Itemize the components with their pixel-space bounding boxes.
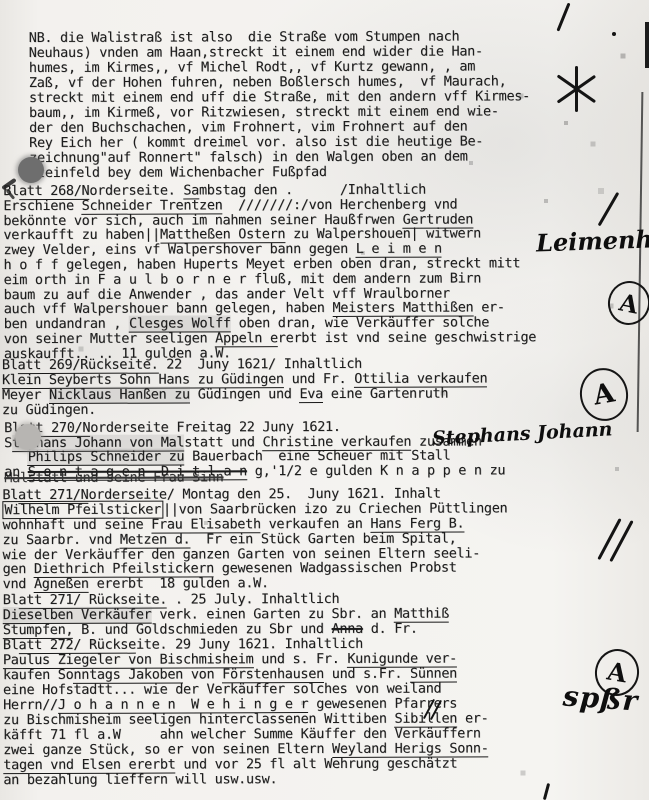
scan-edge-blot [645,22,649,68]
handwritten-leimenhof: Leimenhof [536,224,649,258]
typewritten-page: NB. die Walistraß ist also die Straße vo… [0,0,649,800]
text-line: zu Güdingen. [2,401,487,418]
text-line: Steinfeld bey dem Wichenbacher Fußpfad [29,164,530,181]
pen-dot [612,32,616,36]
text-line: Malstatt und seine Frau Sinn [4,469,505,485]
paragraph-blatt-271-rueck: Blatt 271/ Rückseite. . 25 July. Inhaltl… [3,592,449,639]
handwritten-spssr: spßr [562,679,639,717]
paragraph-blatt-268: Blatt 268/Norderseite. Sambstag den . /I… [3,182,536,361]
text-line: von seiner Mutter seeligen Appeln ererbt… [4,330,536,347]
paragraph-nb-note: NB. die Walistraß ist also die Straße vo… [29,29,531,181]
paragraph-blatt-271-norder: Blatt 271/Norderseite/ Montag den 25. Ju… [2,486,507,592]
hole-punch-light [15,424,41,450]
asterisk-mark-icon [556,66,596,112]
paragraph-blatt-272: Blatt 272/ Rückseite. 29 Juny 1621. Inha… [3,636,489,788]
scanned-document-page: NB. die Walistraß ist also die Straße vo… [0,0,649,800]
paragraph-blatt-269: Blatt 269/Rückseite. 22 Juny 1621/ Inhal… [2,356,488,418]
text-line: Meyer Nicklaus Hanßen zu Güdingen und Ev… [2,386,487,403]
text-line: an bezahlung lieffern will usw.usw. [3,771,488,788]
double-slash-mark-icon [424,698,446,724]
text-line: vnd Agneßen ererbt 18 gulden a.W. [3,576,508,593]
double-slash-mark-icon [600,516,640,566]
hole-punch-dark [18,157,44,183]
paragraph-blatt-270: Blatt 270/Norderseite Freitag 22 Juny 16… [4,419,505,485]
